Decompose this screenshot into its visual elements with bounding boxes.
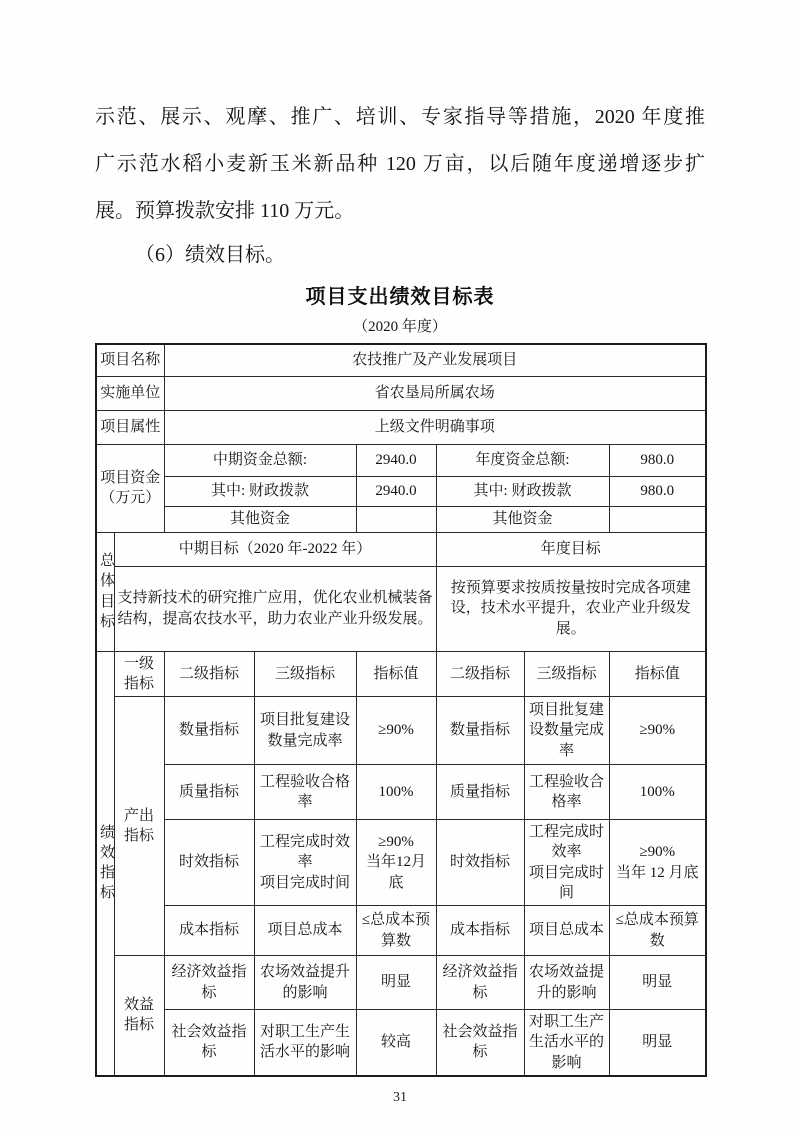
implement-unit-value: 省农垦局所属农场 <box>164 376 706 410</box>
indicator-level2-right: 成本指标 <box>436 906 524 956</box>
indicator-level3-right: 工程完成时效率 项目完成时间 <box>524 820 609 906</box>
indicator-level2: 数量指标 <box>164 697 254 765</box>
table-row: 支持新技术的研究推广应用，优化农业机械装备结构，提高农技水平，助力农业产业升级发… <box>96 566 706 651</box>
indicator-level3-right: 项目总成本 <box>524 906 609 956</box>
paragraph-line: 示范、展示、观摩、推广、培训、专家指导等措施，2020 年度推 <box>95 94 705 141</box>
level1-header: 一级指标 <box>114 651 164 697</box>
indicator-value-right: 100% <box>609 765 706 820</box>
annual-goal-header: 年度目标 <box>436 532 706 566</box>
output-indicator-group-label: 产出指标 <box>114 697 164 956</box>
level1-header-text: 一级指标 <box>123 654 156 695</box>
indicator-value: 较高 <box>356 1010 436 1076</box>
table-row: 项目属性 上级文件明确事项 <box>96 410 706 444</box>
project-attribute-value: 上级文件明确事项 <box>164 410 706 444</box>
overall-goal-label: 总体目标 <box>96 532 114 651</box>
annual-total-value: 980.0 <box>609 444 706 476</box>
project-name-label: 项目名称 <box>96 344 164 376</box>
table-row: 总体目标 中期目标（2020 年-2022 年） 年度目标 <box>96 532 706 566</box>
level2-header: 二级指标 <box>164 651 254 697</box>
indicator-level3-right: 对职工生产生活水平的影响 <box>524 1010 609 1076</box>
midterm-other-value <box>356 506 436 532</box>
level3-header: 三级指标 <box>254 651 356 697</box>
level2-header-right: 二级指标 <box>436 651 524 697</box>
table-subtitle: （2020 年度） <box>95 315 705 336</box>
project-funds-label: 项目资金（万元） <box>96 444 164 532</box>
table-row: 产出指标 数量指标 项目批复建设数量完成率 ≥90% 数量指标 项目批复建设数量… <box>96 697 706 765</box>
indicator-level3: 项目总成本 <box>254 906 356 956</box>
table-row: 社会效益指标 对职工生产生活水平的影响 较高 社会效益指标 对职工生产生活水平的… <box>96 1010 706 1076</box>
indicator-level3: 农场效益提升的影响 <box>254 956 356 1010</box>
indicator-value: ≤总成本预算数 <box>356 906 436 956</box>
indicator-level3: 工程完成时效率 项目完成时间 <box>254 820 356 906</box>
indicator-value: ≥90% <box>356 697 436 765</box>
output-indicator-group-text: 产出指标 <box>123 806 156 847</box>
annual-goal-text: 按预算要求按质按量按时完成各项建设，技术水平提升，农业产业升级发展。 <box>436 566 706 651</box>
indicator-value: 100% <box>356 765 436 820</box>
benefit-indicator-group-label: 效益指标 <box>114 956 164 1076</box>
midterm-total-label: 中期资金总额: <box>164 444 356 476</box>
table-row: 绩效指标 一级指标 二级指标 三级指标 指标值 二级指标 三级指标 指标值 <box>96 651 706 697</box>
indicator-level2: 经济效益指标 <box>164 956 254 1010</box>
document-page: 示范、展示、观摩、推广、培训、专家指导等措施，2020 年度推 广示范水稻小麦新… <box>0 0 800 1131</box>
midterm-goal-text: 支持新技术的研究推广应用，优化农业机械装备结构，提高农技水平，助力农业产业升级发… <box>114 566 436 651</box>
annual-other-value <box>609 506 706 532</box>
indicator-value-right: ≥90% 当年 12 月底 <box>609 820 706 906</box>
indicator-level3-right: 工程验收合格率 <box>524 765 609 820</box>
indicator-level2-right: 经济效益指标 <box>436 956 524 1010</box>
indicator-value: ≥90% 当年12月底 <box>356 820 436 906</box>
level3-header-right: 三级指标 <box>524 651 609 697</box>
table-row: 其中: 财政拨款 2940.0 其中: 财政拨款 980.0 <box>96 476 706 506</box>
midterm-goal-header: 中期目标（2020 年-2022 年） <box>114 532 436 566</box>
indicator-value-right: 明显 <box>609 1010 706 1076</box>
performance-section-label: 绩效指标 <box>96 651 114 1076</box>
midterm-other-label: 其他资金 <box>164 506 356 532</box>
midterm-fiscal-value: 2940.0 <box>356 476 436 506</box>
indicator-level3: 项目批复建设数量完成率 <box>254 697 356 765</box>
benefit-indicator-group-text: 效益指标 <box>123 995 156 1036</box>
indicator-value-right: ≤总成本预算数 <box>609 906 706 956</box>
annual-total-label: 年度资金总额: <box>436 444 609 476</box>
indicator-level2: 成本指标 <box>164 906 254 956</box>
value-header-right: 指标值 <box>609 651 706 697</box>
table-row: 项目资金（万元） 中期资金总额: 2940.0 年度资金总额: 980.0 <box>96 444 706 476</box>
annual-other-label: 其他资金 <box>436 506 609 532</box>
table-row: 成本指标 项目总成本 ≤总成本预算数 成本指标 项目总成本 ≤总成本预算数 <box>96 906 706 956</box>
table-title: 项目支出绩效目标表 <box>95 280 705 309</box>
indicator-level2: 质量指标 <box>164 765 254 820</box>
annual-fiscal-label: 其中: 财政拨款 <box>436 476 609 506</box>
table-row: 实施单位 省农垦局所属农场 <box>96 376 706 410</box>
annual-fiscal-value: 980.0 <box>609 476 706 506</box>
indicator-level3: 工程验收合格率 <box>254 765 356 820</box>
indicator-level2-right: 质量指标 <box>436 765 524 820</box>
indicator-level3-right: 农场效益提升的影响 <box>524 956 609 1010</box>
paragraph-line: 展。预算拨款安排 110 万元。 <box>95 188 705 235</box>
performance-target-table: 项目名称 农技推广及产业发展项目 实施单位 省农垦局所属农场 项目属性 上级文件… <box>95 343 707 1077</box>
indicator-level2: 社会效益指标 <box>164 1010 254 1076</box>
page-number: 31 <box>95 1090 705 1106</box>
table-row: 效益指标 经济效益指标 农场效益提升的影响 明显 经济效益指标 农场效益提升的影… <box>96 956 706 1010</box>
indicator-level2-right: 社会效益指标 <box>436 1010 524 1076</box>
indicator-level3: 对职工生产生活水平的影响 <box>254 1010 356 1076</box>
table-row: 其他资金 其他资金 <box>96 506 706 532</box>
indicator-value-right: ≥90% <box>609 697 706 765</box>
project-name-value: 农技推广及产业发展项目 <box>164 344 706 376</box>
indicator-level2-right: 数量指标 <box>436 697 524 765</box>
paragraph-line: 广示范水稻小麦新玉米新品种 120 万亩，以后随年度递增逐步扩 <box>95 141 705 188</box>
indicator-value-right: 明显 <box>609 956 706 1010</box>
indicator-level2: 时效指标 <box>164 820 254 906</box>
list-item-heading: （6）绩效目标。 <box>95 237 705 273</box>
midterm-total-value: 2940.0 <box>356 444 436 476</box>
paragraph: 示范、展示、观摩、推广、培训、专家指导等措施，2020 年度推 广示范水稻小麦新… <box>95 94 705 235</box>
indicator-value: 明显 <box>356 956 436 1010</box>
implement-unit-label: 实施单位 <box>96 376 164 410</box>
indicator-level2-right: 时效指标 <box>436 820 524 906</box>
table-row: 项目名称 农技推广及产业发展项目 <box>96 344 706 376</box>
table-row: 时效指标 工程完成时效率 项目完成时间 ≥90% 当年12月底 时效指标 工程完… <box>96 820 706 906</box>
table-row: 质量指标 工程验收合格率 100% 质量指标 工程验收合格率 100% <box>96 765 706 820</box>
project-attribute-label: 项目属性 <box>96 410 164 444</box>
midterm-fiscal-label: 其中: 财政拨款 <box>164 476 356 506</box>
value-header: 指标值 <box>356 651 436 697</box>
indicator-level3-right: 项目批复建设数量完成率 <box>524 697 609 765</box>
